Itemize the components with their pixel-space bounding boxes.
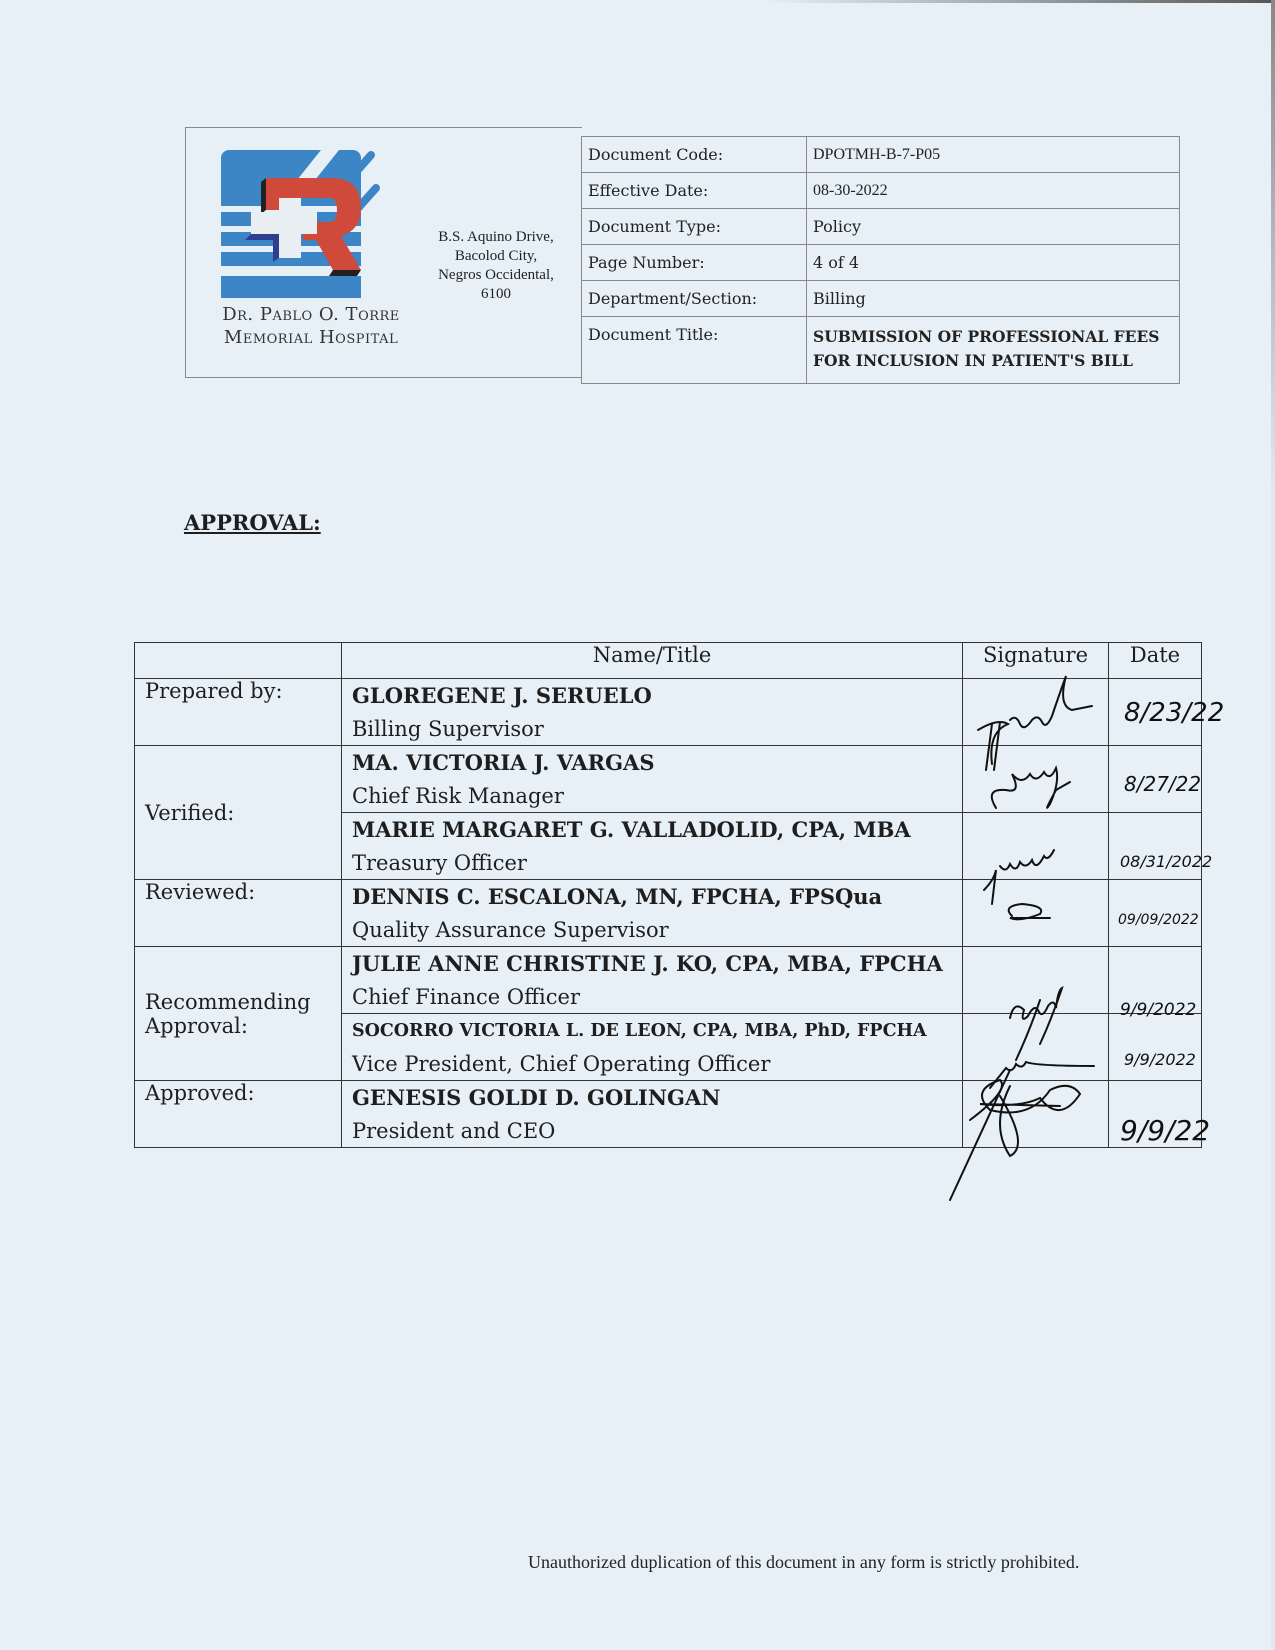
name-title-cell: MARIE MARGARET G. VALLADOLID, CPA, MBATr…: [342, 813, 963, 880]
meta-value: Billing: [807, 281, 1180, 317]
signatory-name: MARIE MARGARET G. VALLADOLID, CPA, MBA: [352, 813, 952, 847]
table-row: RecommendingApproval: JULIE ANNE CHRISTI…: [135, 947, 1202, 1014]
handwritten-date: 9/9/2022: [1120, 1000, 1196, 1020]
name-title-cell: GENESIS GOLDI D. GOLINGANPresident and C…: [342, 1081, 963, 1148]
signature-cell: [963, 679, 1109, 746]
signature-cell: [963, 1014, 1109, 1081]
hospital-name: Dr. Pablo O. Torre Memorial Hospital: [196, 303, 426, 349]
signatory-name: SOCORRO VICTORIA L. DE LEON, CPA, MBA, P…: [352, 1014, 952, 1048]
handwritten-date: 9/9/2022: [1124, 1050, 1196, 1069]
meta-label: Document Code:: [582, 137, 807, 173]
role-label: Reviewed:: [135, 880, 342, 947]
hospital-name-line1: Dr. Pablo O. Torre: [196, 303, 426, 326]
document-title-line2: FOR INCLUSION IN PATIENT'S BILL: [813, 349, 1173, 373]
meta-value: DPOTMH-B-7-P05: [807, 137, 1180, 173]
signature-cell: [963, 813, 1109, 880]
date-cell: [1109, 1014, 1202, 1081]
table-row: Prepared by: GLOREGENE J. SERUELOBilling…: [135, 679, 1202, 746]
logo-box: Dr. Pablo O. Torre Memorial Hospital B.S…: [185, 127, 582, 378]
column-header-name-title: Name/Title: [342, 643, 963, 679]
role-label-line2: Approval:: [145, 1014, 331, 1038]
handwritten-date: 8/27/22: [1124, 772, 1201, 796]
hospital-address: B.S. Aquino Drive, Bacolod City, Negros …: [416, 228, 576, 304]
signatory-name: JULIE ANNE CHRISTINE J. KO, CPA, MBA, FP…: [352, 947, 952, 981]
signatory-name: DENNIS C. ESCALONA, MN, FPCHA, FPSQua: [352, 880, 952, 914]
table-row: Verified: MA. VICTORIA J. VARGASChief Ri…: [135, 746, 1202, 813]
meta-label: Effective Date:: [582, 173, 807, 209]
column-header-date: Date: [1109, 643, 1202, 679]
meta-label: Department/Section:: [582, 281, 807, 317]
signatory-name: GLOREGENE J. SERUELO: [352, 679, 952, 713]
signatory-title: Chief Finance Officer: [352, 981, 952, 1013]
signatory-title: Treasury Officer: [352, 847, 952, 879]
column-header-signature: Signature: [963, 643, 1109, 679]
document-title-line1: SUBMISSION OF PROFESSIONAL FEES: [813, 325, 1173, 349]
column-header-role: [135, 643, 342, 679]
signatory-title: Chief Risk Manager: [352, 780, 952, 812]
role-label: Verified:: [135, 746, 342, 880]
role-label: Approved:: [135, 1081, 342, 1148]
signatory-title: Quality Assurance Supervisor: [352, 914, 952, 946]
approval-heading: APPROVAL:: [184, 510, 321, 535]
approval-table: Name/Title Signature Date Prepared by: G…: [134, 642, 1202, 1148]
meta-row-page: Page Number:4 of 4: [582, 245, 1180, 281]
address-line: B.S. Aquino Drive,: [416, 228, 576, 247]
meta-row-department: Department/Section:Billing: [582, 281, 1180, 317]
signatory-name: MA. VICTORIA J. VARGAS: [352, 746, 952, 780]
name-title-cell: GLOREGENE J. SERUELOBilling Supervisor: [342, 679, 963, 746]
role-label-line1: Recommending: [145, 990, 331, 1014]
hospital-name-line2: Memorial Hospital: [196, 326, 426, 349]
meta-value: 08-30-2022: [807, 173, 1180, 209]
name-title-cell: DENNIS C. ESCALONA, MN, FPCHA, FPSQuaQua…: [342, 880, 963, 947]
name-title-cell: MA. VICTORIA J. VARGASChief Risk Manager: [342, 746, 963, 813]
signature-cell: [963, 880, 1109, 947]
signatory-title: President and CEO: [352, 1115, 952, 1147]
meta-label: Page Number:: [582, 245, 807, 281]
meta-row-type: Document Type:Policy: [582, 209, 1180, 245]
signature-cell: [963, 1081, 1109, 1148]
address-line: 6100: [416, 285, 576, 304]
address-line: Bacolod City,: [416, 247, 576, 266]
name-title-cell: JULIE ANNE CHRISTINE J. KO, CPA, MBA, FP…: [342, 947, 963, 1014]
table-row: Reviewed: DENNIS C. ESCALONA, MN, FPCHA,…: [135, 880, 1202, 947]
document-meta-table: Document Code:DPOTMH-B-7-P05 Effective D…: [581, 136, 1180, 384]
signatory-title: Billing Supervisor: [352, 713, 952, 745]
meta-label: Document Title:: [582, 317, 807, 384]
meta-value: 4 of 4: [807, 245, 1180, 281]
address-line: Negros Occidental,: [416, 266, 576, 285]
handwritten-date: 8/23/22: [1124, 698, 1224, 728]
handwritten-date: 9/9/22: [1120, 1114, 1210, 1147]
handwritten-date: 09/09/2022: [1118, 912, 1199, 928]
meta-row-effective-date: Effective Date:08-30-2022: [582, 173, 1180, 209]
role-label: Prepared by:: [135, 679, 342, 746]
signatory-title: Vice President, Chief Operating Officer: [352, 1048, 952, 1080]
role-label: RecommendingApproval:: [135, 947, 342, 1081]
table-row: Approved: GENESIS GOLDI D. GOLINGANPresi…: [135, 1081, 1202, 1148]
signatory-name: GENESIS GOLDI D. GOLINGAN: [352, 1081, 952, 1115]
approval-header-row: Name/Title Signature Date: [135, 643, 1202, 679]
scan-edge-right: [1271, 0, 1275, 1650]
signature-cell: [963, 746, 1109, 813]
hospital-cross-r-logo-icon: [221, 150, 381, 306]
signature-cell: [963, 947, 1109, 1014]
handwritten-date: 08/31/2022: [1120, 852, 1212, 871]
meta-value: Policy: [807, 209, 1180, 245]
meta-label: Document Type:: [582, 209, 807, 245]
name-title-cell: SOCORRO VICTORIA L. DE LEON, CPA, MBA, P…: [342, 1014, 963, 1081]
document-header: Dr. Pablo O. Torre Memorial Hospital B.S…: [185, 127, 1182, 377]
document-title: SUBMISSION OF PROFESSIONAL FEESFOR INCLU…: [807, 317, 1180, 384]
meta-row-code: Document Code:DPOTMH-B-7-P05: [582, 137, 1180, 173]
scan-edge-top: [0, 0, 1275, 3]
confidentiality-footer: Unauthorized duplication of this documen…: [528, 1552, 1079, 1573]
meta-row-title: Document Title: SUBMISSION OF PROFESSION…: [582, 317, 1180, 384]
